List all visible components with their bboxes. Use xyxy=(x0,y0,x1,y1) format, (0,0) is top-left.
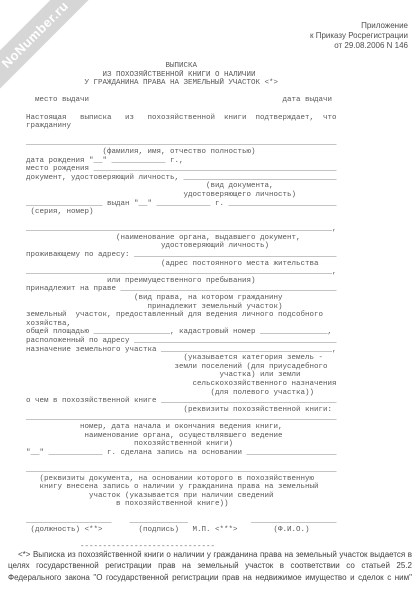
doc-line: (реквизиты похозяйственной книги: xyxy=(26,406,342,415)
doc-line: ________________________________________… xyxy=(26,268,342,277)
doc-line: удостоверяющего личность) xyxy=(26,191,342,200)
document-body: ВЫПИСКА ИЗ ПОХОЗЯЙСТВЕННОЙ КНИГИ О НАЛИЧ… xyxy=(26,62,342,552)
doc-line: дата рождения "__" ____________ г., xyxy=(26,157,342,166)
doc-line: в похозяйственной книге)) xyxy=(26,500,342,509)
doc-line: книгу внесена запись о наличии у граждан… xyxy=(26,483,342,492)
doc-line xyxy=(26,105,342,114)
doc-line: (реквизиты документа, на основании котор… xyxy=(26,475,342,484)
doc-line: (серия, номер) xyxy=(26,208,342,217)
doc-line: ________________________________________… xyxy=(26,466,342,475)
doc-line: (вид права, на котором гражданину xyxy=(26,294,342,303)
doc-line xyxy=(26,535,342,544)
doc-line: похозяйственной книги) xyxy=(26,440,342,449)
doc-line: наименование органа, осуществлявшего вед… xyxy=(26,432,342,441)
doc-line: сельскохозяйственного назначения xyxy=(26,380,342,389)
doc-line: (указывается категория земель - xyxy=(26,354,342,363)
doc-line: У ГРАЖДАНИНА ПРАВА НА ЗЕМЕЛЬНЫЙ УЧАСТОК … xyxy=(26,79,342,88)
doc-line: участка) или земли xyxy=(26,371,342,380)
doc-line: принадлежит земельный участок) xyxy=(26,303,342,312)
watermark-text: NoNumber.ru xyxy=(0,0,71,71)
doc-line: Настоящая выписка из похозяйственной кни… xyxy=(26,114,342,123)
document-page: NoNumber.ru Приложениек Приказу Росрегис… xyxy=(0,0,420,600)
doc-line: расположенный по адресу ________________… xyxy=(26,337,342,346)
doc-line: "__" ____________ г. сделана запись на о… xyxy=(26,449,342,458)
doc-line: о чем в похозяйственной книге __________… xyxy=(26,397,342,406)
doc-line: или преимущественного пребывания) xyxy=(26,277,342,286)
doc-line xyxy=(26,457,342,466)
doc-line: номер, дата начала и окончания ведения к… xyxy=(26,423,342,432)
doc-line: участок (указывается при наличии сведени… xyxy=(26,492,342,501)
doc-line: (должность) <**> (подпись) М.П. <***> (Ф… xyxy=(26,526,342,535)
doc-line: место выдачи дата выдачи xyxy=(26,96,342,105)
doc-line: общей площадью _________________, кадаст… xyxy=(26,328,342,337)
doc-line xyxy=(26,509,342,518)
header-note-line: от 29.08.2006 N 146 xyxy=(310,41,408,51)
doc-line: место рождения _________________________… xyxy=(26,165,342,174)
doc-line: назначение земельного участка __________… xyxy=(26,346,342,355)
doc-line: (для полевого участка)) xyxy=(26,389,342,398)
doc-line xyxy=(26,217,342,226)
header-note-line: Приложение xyxy=(310,21,408,31)
doc-line xyxy=(26,131,342,140)
doc-line: земельный участок, предоставленный для в… xyxy=(26,311,342,320)
doc-line: ___________________ _____________ ______… xyxy=(26,517,342,526)
header-note: Приложениек Приказу Росрегистрацииот 29.… xyxy=(310,21,408,51)
header-note-line: к Приказу Росрегистрации xyxy=(310,31,408,41)
doc-line: ________________________________________… xyxy=(26,225,342,234)
doc-line: ИЗ ПОХОЗЯЙСТВЕННОЙ КНИГИ О НАЛИЧИИ xyxy=(26,71,342,80)
doc-line: ВЫПИСКА xyxy=(26,62,342,71)
doc-line: земли поселений (для приусадебного xyxy=(26,363,342,372)
doc-line: (фамилия, имя, отчество полностью) xyxy=(26,148,342,157)
doc-line: документ, удостоверяющий личность, _____… xyxy=(26,174,342,183)
doc-line: гражданину xyxy=(26,122,342,131)
doc-line: ________________________________________… xyxy=(26,414,342,423)
doc-line xyxy=(26,88,342,97)
doc-line: (вид документа, xyxy=(26,182,342,191)
doc-line: (адрес постоянного места жительства xyxy=(26,260,342,269)
footnote-text: <*> Выписка из похозяйственной книги о н… xyxy=(8,549,412,586)
doc-line: принадлежит на праве ___________________… xyxy=(26,285,342,294)
doc-line: _________________ выдан "__" ___________… xyxy=(26,200,342,209)
doc-line: удостоверяющий личность) xyxy=(26,242,342,251)
doc-line: ________________________________________… xyxy=(26,139,342,148)
doc-line: проживающему по адресу: ________________… xyxy=(26,251,342,260)
